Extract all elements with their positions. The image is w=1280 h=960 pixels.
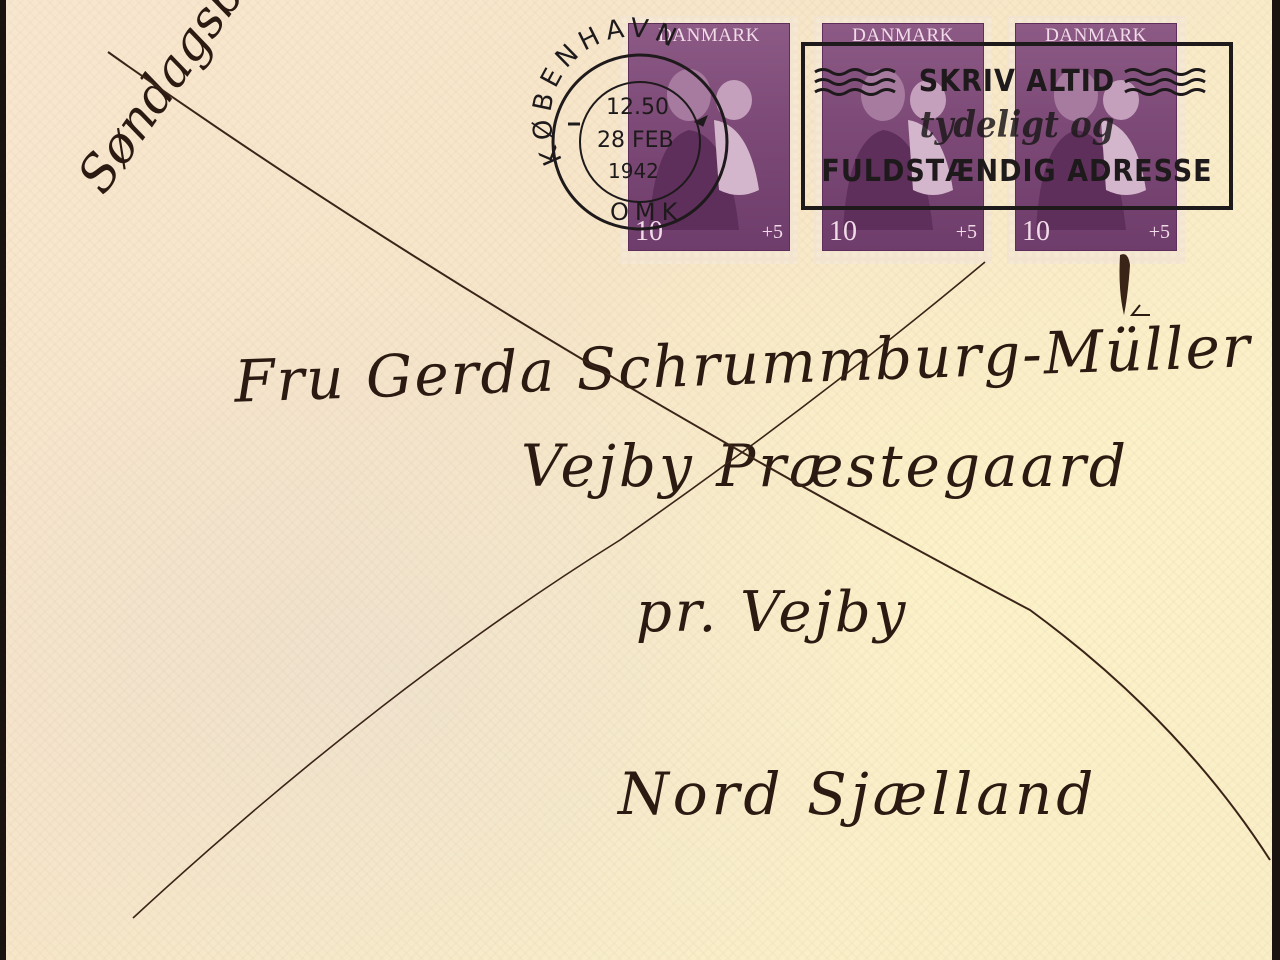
postmark-year: 1942 [608,159,659,183]
cross-line-1 [108,52,1270,860]
envelope: DANMARK 10 +5 DANMARK 10 +5 [6,0,1272,960]
ink-mark [1120,254,1131,315]
cross-line-2 [133,262,985,918]
postmark-time: 12.50 [606,95,669,120]
postmark-date: 28 FEB [597,128,674,153]
cancellation-overlay: KØBENHAVN 12.50 28 FEB 1942 OMK [6,0,1272,960]
postmark-office: OMK [610,198,683,226]
ink-mark [1132,305,1150,315]
wavy-cancel-lines [815,70,1205,95]
